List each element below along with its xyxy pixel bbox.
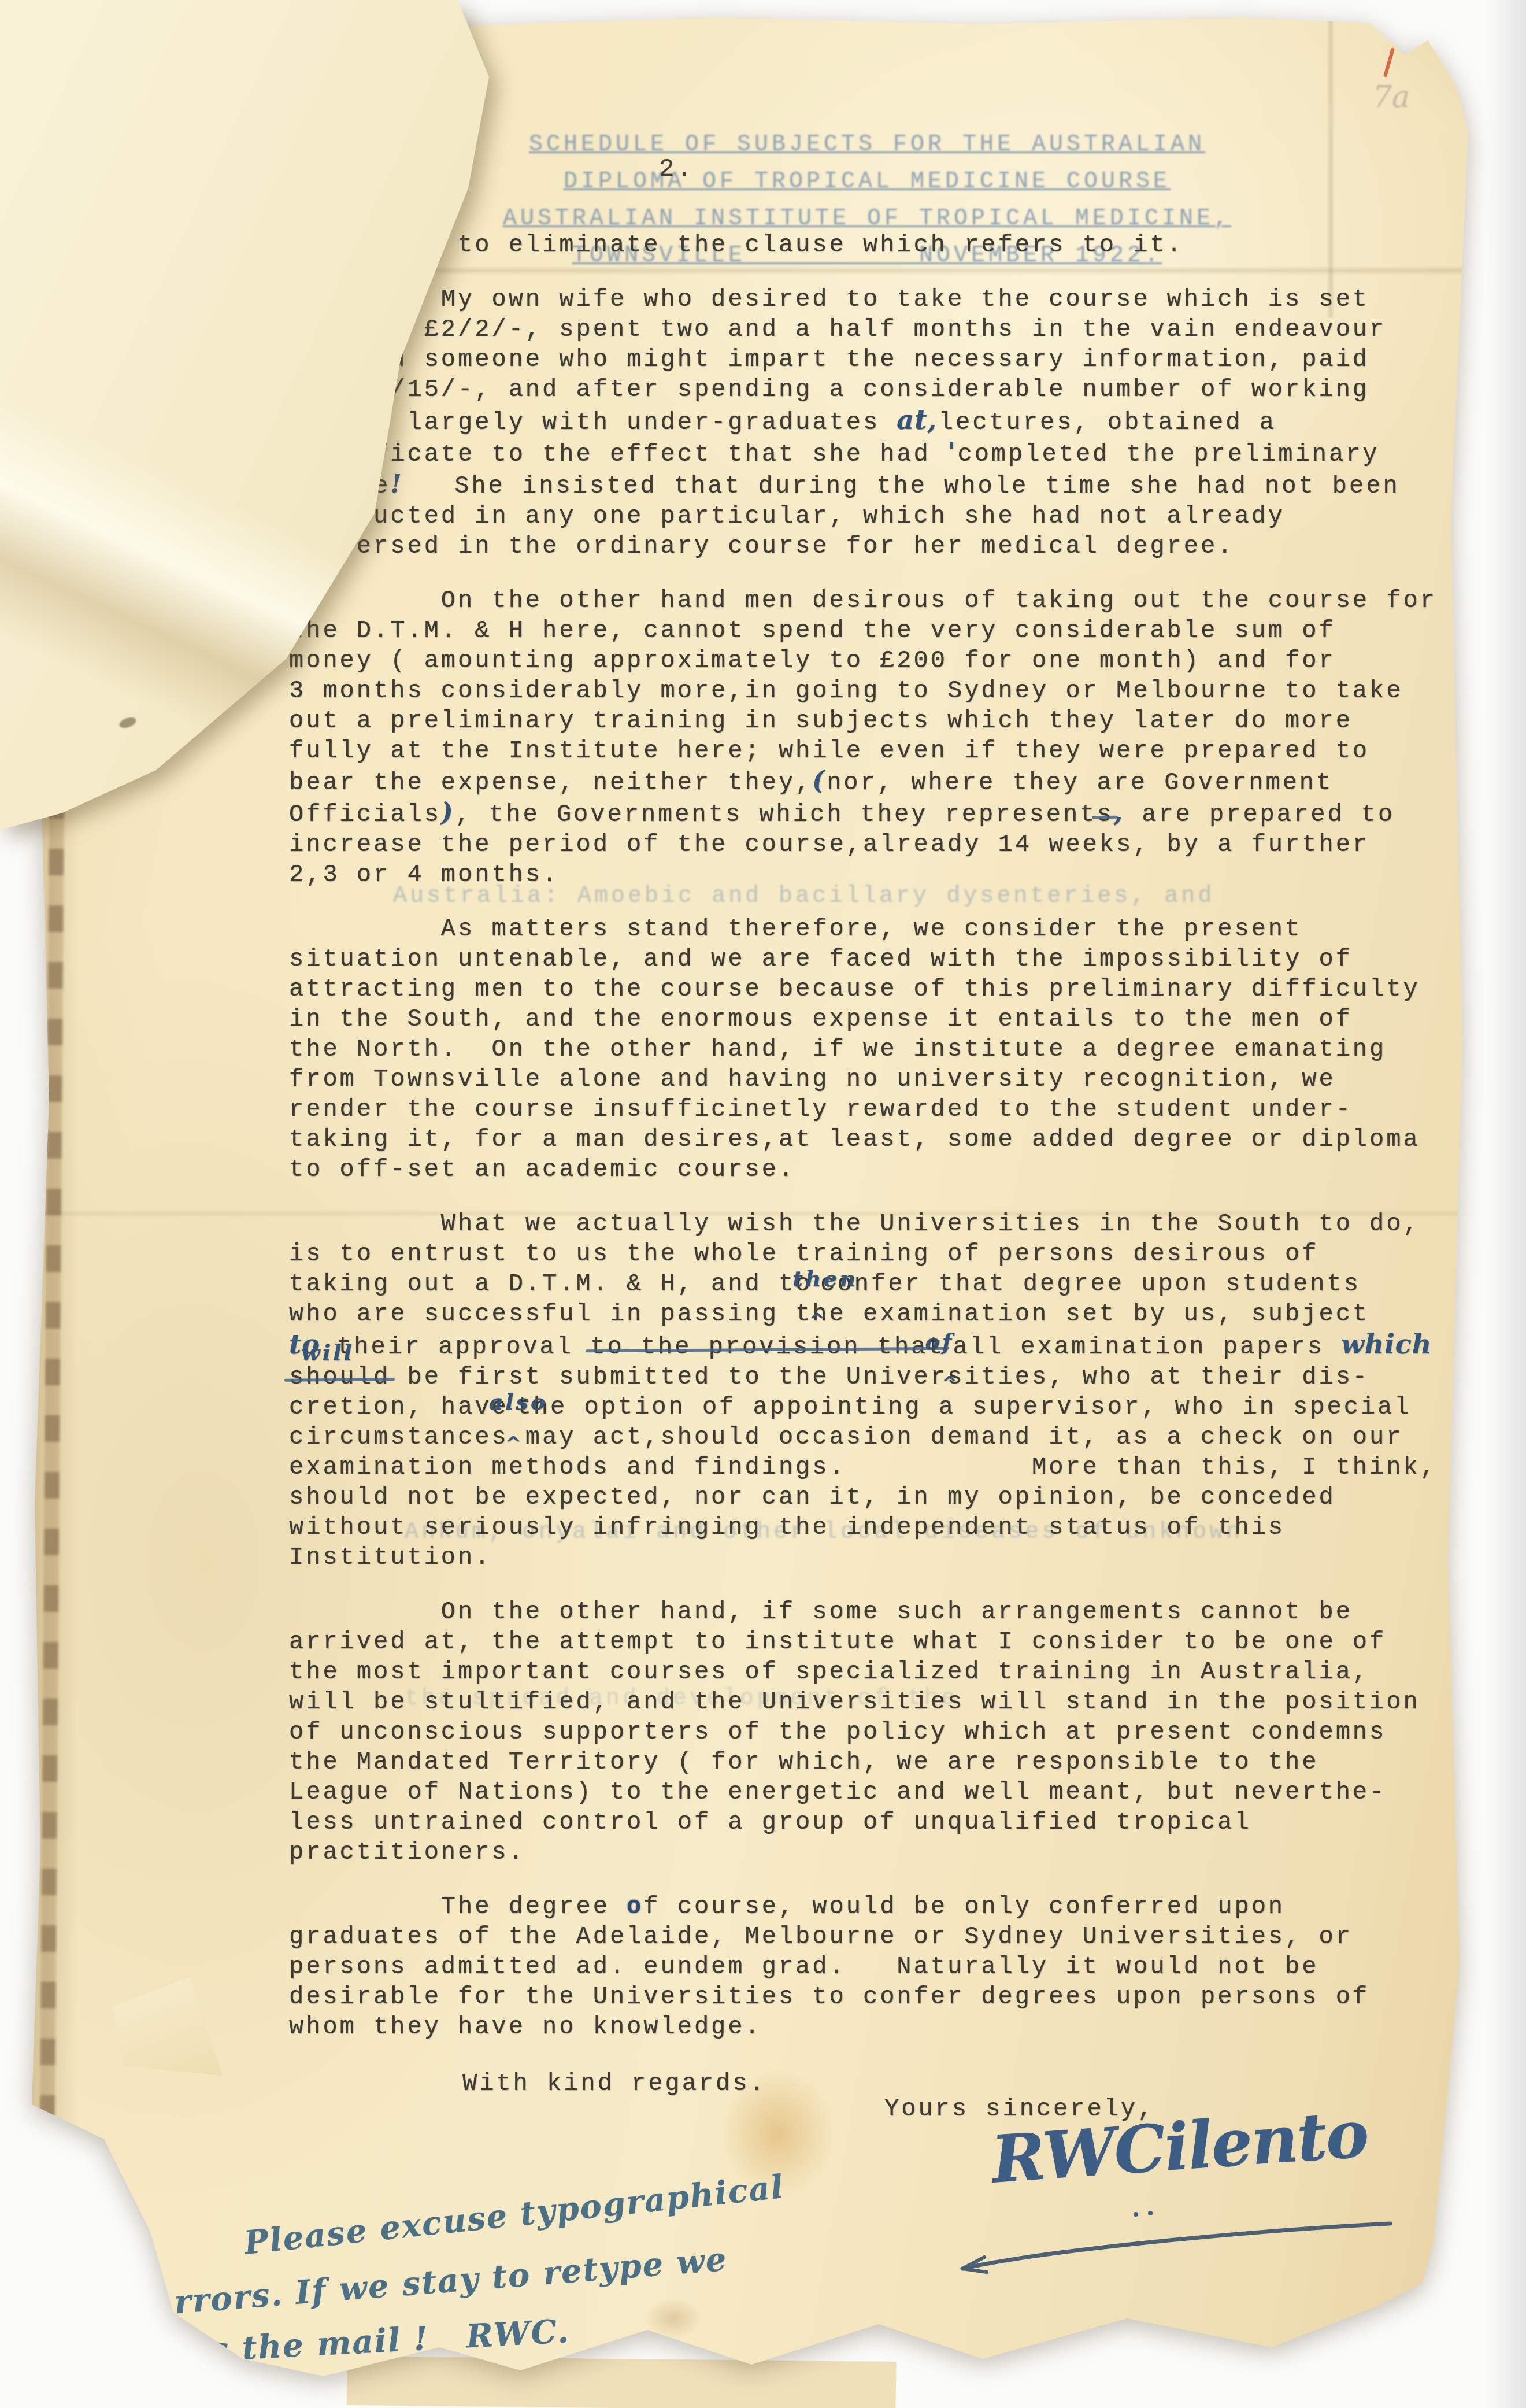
typed-line: taking out a D.T.M. & H, and tothen^conf…: [289, 1269, 1451, 1299]
typed-line: in the South, and the enormous expense i…: [289, 1004, 1451, 1034]
typed-text: taking it, for a man desires,at least, s…: [289, 1126, 1420, 1153]
typed-line: The degree of course, would be only conf…: [289, 1892, 1451, 1922]
typed-text: taking out a D.T.M. & H, and to: [289, 1270, 812, 1298]
typed-text: will be stultified, and the Universities…: [289, 1688, 1420, 1716]
typed-line: circumstances may act,should occasion de…: [289, 1422, 1451, 1452]
typed-line: examination methods and findings. More t…: [289, 1452, 1451, 1482]
typed-text: circumstances may act,should occasion de…: [289, 1423, 1403, 1451]
typed-text: the most important courses of specialize…: [289, 1658, 1369, 1686]
handwritten-punctuation: ': [947, 438, 957, 467]
inserted-word-text: also: [489, 1387, 548, 1417]
paragraph: On the other hand, if some such arrangem…: [289, 1597, 1451, 1867]
typed-text: should not be expected, nor can it, in m…: [289, 1484, 1336, 1511]
typed-text: in the South, and the enormous expense i…: [289, 1005, 1353, 1033]
typed-line: is to entrust to us the whole training o…: [289, 1239, 1451, 1269]
typed-line: 2,3 or 4 months.: [289, 860, 1451, 890]
typed-line: Institution.: [289, 1543, 1451, 1573]
typed-line: whom they have no knowledge.: [289, 2012, 1451, 2042]
typed-text: less untrained control of a group of unq…: [289, 1808, 1251, 1836]
typed-line: to off-set an academic course.: [289, 1155, 1451, 1185]
handwritten-word: which: [1341, 1329, 1432, 1360]
typed-line: persons admitted ad. eundem grad. Natura…: [289, 1952, 1451, 1982]
typed-line: of unconscious supporters of the policy …: [289, 1717, 1451, 1747]
corrected-word: shouldwill: [289, 1363, 390, 1391]
caret-icon: ^: [505, 1429, 524, 1459]
typed-text: of unconscious supporters of the policy …: [289, 1718, 1386, 1746]
typed-text: their approval: [320, 1333, 590, 1361]
overlapping-blank-sheet: [0, 0, 520, 856]
typed-text: practitioners.: [289, 1839, 525, 1866]
typed-text: graduates of the Adelaide, Melbourne or …: [289, 1923, 1353, 1951]
caret-icon: ^: [942, 1368, 961, 1399]
typed-text: from Townsville alone and having no univ…: [289, 1066, 1336, 1093]
bottom-left-fold: [113, 1977, 223, 2076]
sheet-fold-highlight: [0, 0, 520, 856]
typed-text: without seriously infringing the indepen…: [289, 1514, 1285, 1541]
typed-line: who are successful in passing the examin…: [289, 1299, 1451, 1329]
typed-text: are prepared to: [1125, 801, 1395, 828]
typed-text: As matters stand therefore, we consider …: [289, 915, 1302, 943]
handwritten-punctuation: (: [812, 766, 827, 796]
handwritten-punctuation: ,: [1114, 798, 1125, 827]
typed-line: shouldwill be first submitted to the Uni…: [289, 1362, 1451, 1392]
typed-text: persons admitted ad. eundem grad. Natura…: [289, 1953, 1318, 1981]
typed-line: What we actually wish the Universities i…: [289, 1209, 1451, 1239]
typed-line: should not be expected, nor can it, in m…: [289, 1482, 1451, 1512]
typed-line: practitioners.: [289, 1837, 1451, 1867]
typed-text: who are successful in passing the examin…: [289, 1300, 1369, 1328]
paragraph: As matters stand therefore, we consider …: [289, 914, 1451, 1185]
typed-text: , the Governments which they represent: [455, 801, 1097, 828]
typed-line: League of Nations) to the energetic and …: [289, 1777, 1451, 1807]
typed-line: without seriously infringing the indepen…: [289, 1512, 1451, 1543]
typed-text: whom they have no knowledge.: [289, 2013, 762, 2041]
typed-text: cretion, have: [289, 1393, 509, 1421]
signature-underline: [951, 2209, 1413, 2284]
typed-text: situation untenable, and we are faced wi…: [289, 945, 1353, 973]
replacement-word: will: [301, 1338, 354, 1368]
struck-through-text: s: [1097, 801, 1113, 828]
typed-text: desirable for the Universities to confer…: [289, 1983, 1369, 2011]
scanned-letter-page: { "page": { "number": "2.", "pencil_mark…: [0, 0, 1526, 2408]
typed-line: graduates of the Adelaide, Melbourne or …: [289, 1922, 1451, 1952]
handwritten-word: at: [897, 404, 927, 435]
typed-line: from Townsville alone and having no univ…: [289, 1064, 1451, 1094]
typed-text: the Mandated Territory ( for which, we a…: [289, 1748, 1318, 1776]
typed-line: arrived at, the attempt to institute wha…: [289, 1627, 1451, 1657]
inserted-word-text: of: [925, 1327, 954, 1357]
typed-text: Institution.: [289, 1544, 491, 1571]
typed-text: lectures, obtained a: [939, 409, 1276, 437]
typed-text: She insisted that during the whole time …: [404, 472, 1400, 500]
handwritten-note-line: is the mail ! RWC.: [196, 2312, 571, 2370]
typed-text: On the other hand, if some such arrangem…: [289, 1598, 1353, 1626]
typed-line: As matters stand therefore, we consider …: [289, 914, 1451, 944]
paragraph: The degree of course, would be only conf…: [289, 1892, 1451, 2042]
typed-line: taking it, for a man desires,at least, s…: [289, 1125, 1451, 1155]
typed-line: cretion, havealso^the option of appointi…: [289, 1392, 1451, 1422]
inserted-word-text: then: [792, 1264, 858, 1294]
struck-through-text: to the provision that: [590, 1333, 945, 1361]
typed-text: 2,3 or 4 months.: [289, 861, 559, 889]
typed-text: the North. On the other hand, if we inst…: [289, 1035, 1386, 1063]
typed-line: the North. On the other hand, if we inst…: [289, 1034, 1451, 1064]
typed-line: desirable for the Universities to confer…: [289, 1982, 1451, 2012]
ghost-header-line: SCHEDULE OF SUBJECTS FOR THE AUSTRALIAN: [529, 132, 1205, 158]
typed-line: will be stultified, and the Universities…: [289, 1687, 1451, 1717]
typed-line: On the other hand, if some such arrangem…: [289, 1597, 1451, 1627]
typed-text: attracting men to the course because of …: [289, 975, 1420, 1003]
typed-text: examination methods and findings. More t…: [289, 1453, 1437, 1481]
typed-line: to their approval to the provision thato…: [289, 1329, 1451, 1362]
caret-icon: ^: [809, 1305, 828, 1336]
typed-line: the most important courses of specialize…: [289, 1657, 1451, 1687]
typed-text: What we actually wish the Universities i…: [289, 1210, 1420, 1238]
typed-line: less untrained control of a group of unq…: [289, 1807, 1451, 1837]
typed-text: f course, would be only conferred upon: [643, 1893, 1285, 1921]
handwritten-punctuation: ,: [927, 406, 938, 435]
typed-text: confer that degree upon students: [820, 1270, 1361, 1298]
typed-text: the option of appointing a supervisor, w…: [517, 1393, 1412, 1421]
page-number: 2.: [659, 155, 694, 184]
typed-line: situation untenable, and we are faced wi…: [289, 944, 1451, 974]
ghost-header-line: AUSTRALIAN INSTITUTE OF TROPICAL MEDICIN…: [503, 206, 1231, 232]
typed-text: nor, where they are Government: [827, 769, 1333, 797]
typed-line: attracting men to the course because of …: [289, 974, 1451, 1004]
inked-over-letter: o: [627, 1893, 643, 1921]
typed-text: all examination papers: [953, 1333, 1342, 1361]
typed-line: render the course insufficinetly rewarde…: [289, 1094, 1451, 1125]
typed-text: The degree: [289, 1893, 627, 1921]
typed-text: arrived at, the attempt to institute wha…: [289, 1628, 1386, 1656]
overlapping-sheet-wrap: [0, 0, 520, 856]
pencil-mark: 7a: [1373, 80, 1410, 114]
typed-text: render the course insufficinetly rewarde…: [289, 1096, 1353, 1123]
typed-text: completed the preliminary: [957, 441, 1379, 468]
typed-text: League of Nations) to the energetic and …: [289, 1778, 1386, 1806]
ghost-header-line: DIPLOMA OF TROPICAL MEDICINE COURSE: [564, 169, 1171, 195]
typed-line: the Mandated Territory ( for which, we a…: [289, 1747, 1451, 1777]
typed-text: to off-set an academic course.: [289, 1156, 795, 1183]
paragraph: What we actually wish the Universities i…: [289, 1209, 1451, 1573]
